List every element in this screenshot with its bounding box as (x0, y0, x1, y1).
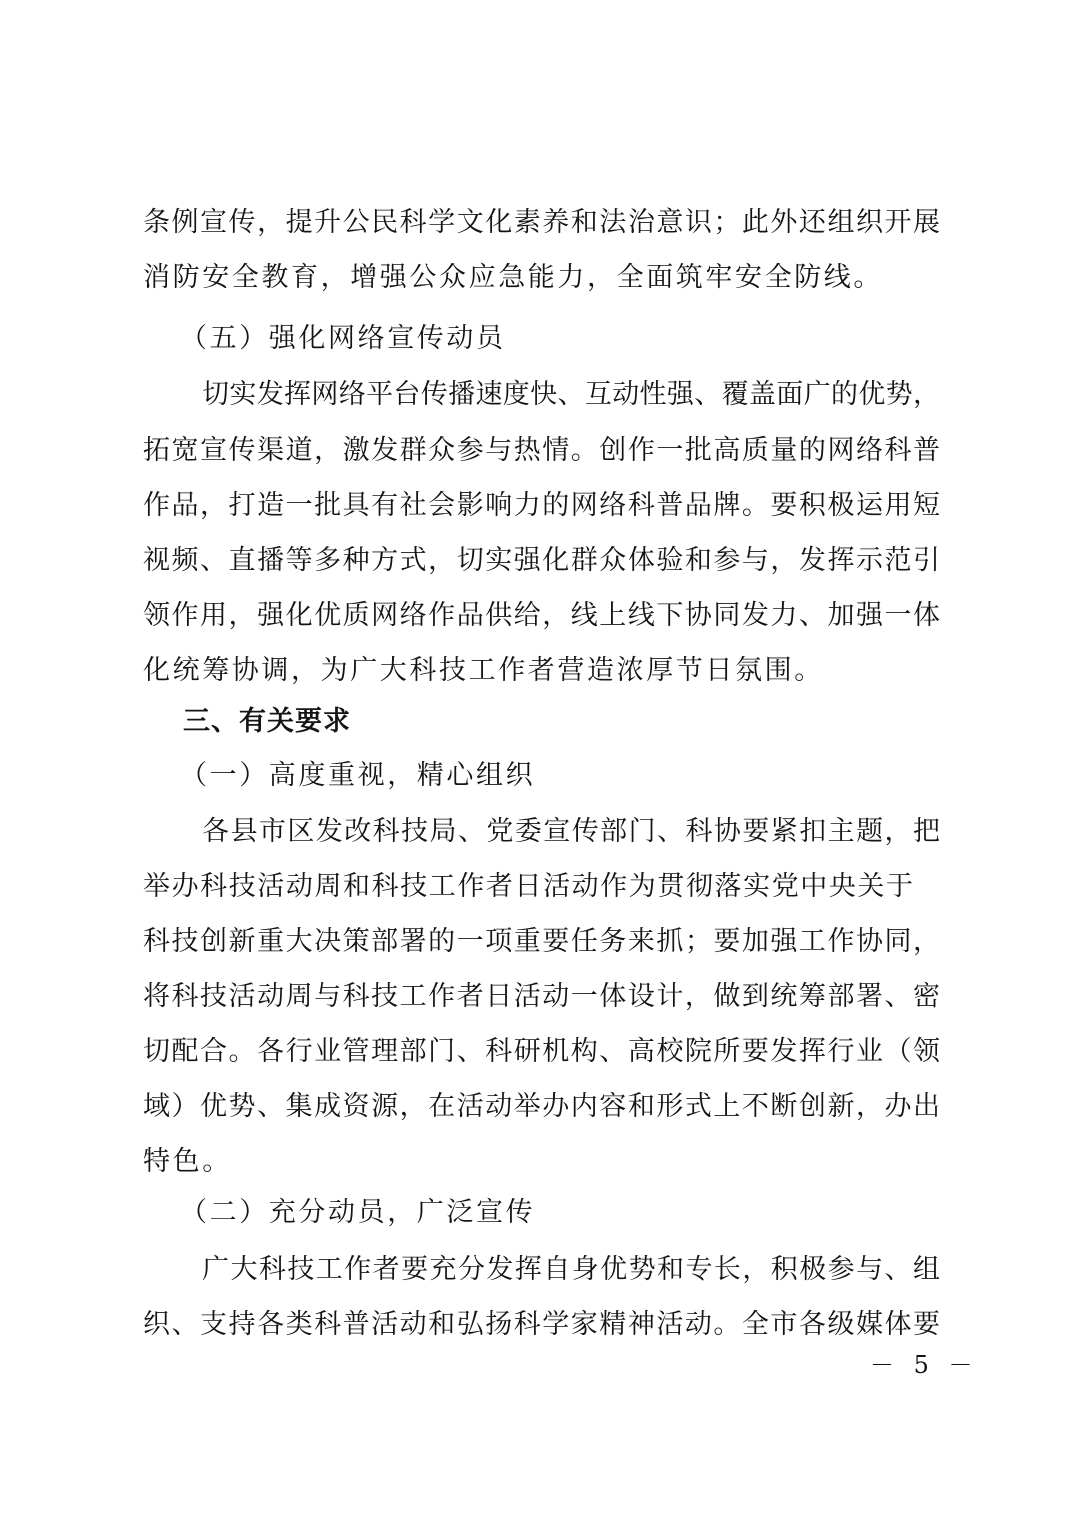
subheading-5: （五）强化网络宣传动员 (180, 319, 980, 359)
body-line: 领作用，强化优质网络作品供给，线上线下协同发力、加强一体 (143, 596, 940, 636)
subheading-1: （一）高度重视，精心组织 (180, 756, 980, 796)
paragraph-start-line: 切实发挥网络平台传播速度快、互动性强、覆盖面广的优势， (202, 375, 940, 415)
body-line: 作品，打造一批具有社会影响力的网络科普品牌。要积极运用短 (143, 486, 940, 526)
body-line: 举办科技活动周和科技工作者日活动作为贯彻落实党中央关于 (143, 867, 913, 907)
body-line: 消防安全教育，增强公众应急能力，全面筑牢安全防线。 (143, 258, 943, 298)
document-page: 条例宣传，提升公民科学文化素养和法治意识；此外还组织开展 消防安全教育，增强公众… (0, 0, 1074, 1520)
paragraph-start-line: 广大科技工作者要充分发挥自身优势和专长，积极参与、组 (202, 1250, 940, 1290)
body-line: 织、支持各类科普活动和弘扬科学家精神活动。全市各级媒体要 (143, 1305, 940, 1345)
body-line: 切配合。各行业管理部门、科研机构、高校院所要发挥行业（领 (143, 1032, 940, 1072)
body-line: 拓宽宣传渠道，激发群众参与热情。创作一批高质量的网络科普 (143, 431, 940, 471)
body-line: 视频、直播等多种方式，切实强化群众体验和参与，发挥示范引 (143, 541, 940, 581)
body-line: 条例宣传，提升公民科学文化素养和法治意识；此外还组织开展 (143, 203, 940, 243)
paragraph-start-line: 各县市区发改科技局、党委宣传部门、科协要紧扣主题，把 (202, 812, 940, 852)
body-line: 特色。 (143, 1142, 943, 1182)
page-number: － 5 － (870, 1350, 979, 1380)
body-line: 域）优势、集成资源，在活动举办内容和形式上不断创新，办出 (143, 1087, 940, 1127)
body-line: 科技创新重大决策部署的一项重要任务来抓；要加强工作协同， (143, 922, 940, 962)
body-line: 将科技活动周与科技工作者日活动一体设计，做到统筹部署、密 (143, 977, 940, 1017)
subheading-2: （二）充分动员，广泛宣传 (180, 1193, 980, 1233)
body-line: 化统筹协调，为广大科技工作者营造浓厚节日氛围。 (143, 651, 943, 691)
section-heading-3: 三、有关要求 (183, 702, 983, 742)
